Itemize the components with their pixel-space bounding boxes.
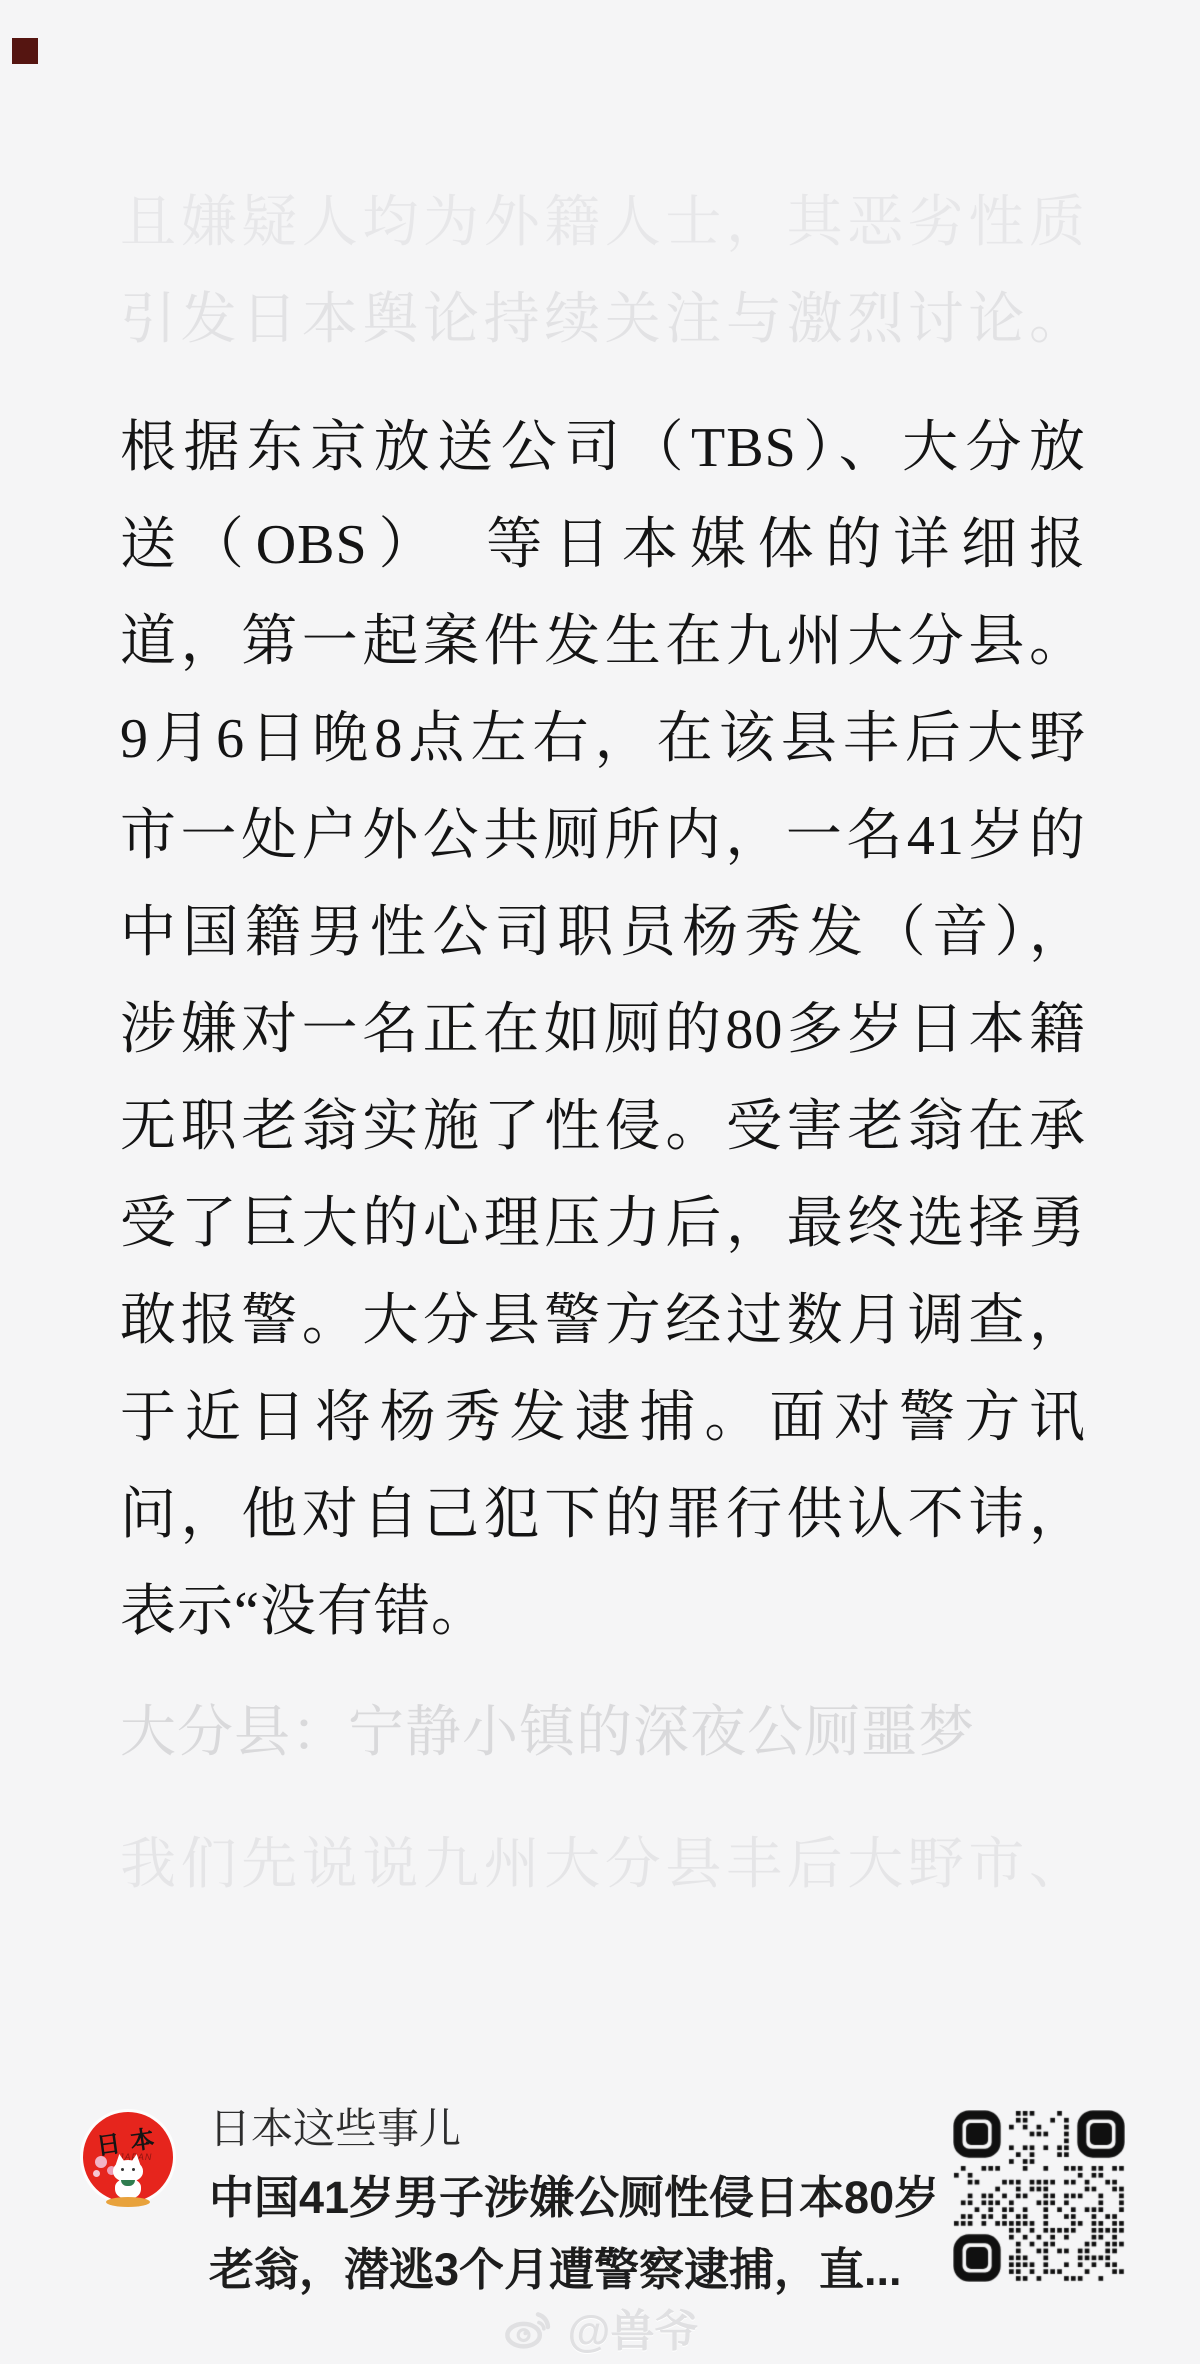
article-line: 涉嫌对一名正在如厕的80多岁日本籍 (120, 982, 1086, 1079)
article-line: 道，第一起案件发生在九州大分县。 (120, 594, 1086, 691)
avatar[interactable]: 日本 JAPAN (83, 2112, 173, 2202)
article-line: 于近日将杨秀发逮捕。面对警方讯 (120, 1370, 1086, 1467)
article-page: 且嫌疑人均为外籍人士，其恶劣性质 引发日本舆论持续关注与激烈讨论。 根据东京放送… (0, 0, 1200, 2364)
faded-intro-line: 引发日本舆论持续关注与激烈讨论。 (120, 272, 1086, 369)
weibo-icon (502, 2303, 556, 2351)
corner-mark (12, 38, 38, 64)
lucky-cat-icon (112, 2154, 146, 2206)
teaser-line: 中国41岁男子涉嫌公厕性侵日本80岁 (209, 2162, 953, 2234)
blossom-icon (95, 2156, 107, 2168)
article-line: 根据东京放送公司（TBS）、大分放 (120, 400, 1086, 497)
faded-next-line-text: 我们先说说九州大分县丰后大野市、 (120, 1817, 1086, 1914)
watermark-text: @兽爷 (568, 2295, 699, 2359)
account-name[interactable]: 日本这些事儿 (209, 2098, 461, 2160)
faded-section-heading: 大分县：宁静小镇的深夜公厕噩梦 (120, 1685, 1086, 1782)
faded-intro-line: 且嫌疑人均为外籍人士，其恶劣性质 (120, 175, 1086, 272)
article-teaser: 中国41岁男子涉嫌公厕性侵日本80岁 老翁，潜逃3个月遭警察逮捕，直... (209, 2162, 953, 2306)
article-line: 表示“没有错。 (120, 1564, 1086, 1661)
faded-next-paragraph: 我们先说说九州大分县丰后大野市、 (120, 1817, 1086, 1914)
article-line: 中国籍男性公司职员杨秀发（音）， (120, 885, 1086, 982)
faded-intro-paragraph: 且嫌疑人均为外籍人士，其恶劣性质 引发日本舆论持续关注与激烈讨论。 (120, 175, 1086, 369)
source-footer: 日本 JAPAN 日本这些事儿 中国41岁男子涉嫌公厕性侵日本80岁 老翁，潜逃… (0, 2090, 1200, 2320)
article-line: 送（OBS） 等日本媒体的详细报 (120, 497, 1086, 594)
article-line: 受了巨大的心理压力后，最终选择勇 (120, 1176, 1086, 1273)
faded-heading-text: 大分县：宁静小镇的深夜公厕噩梦 (120, 1685, 1086, 1782)
qr-code[interactable] (953, 2110, 1125, 2282)
article-line: 9月6日晚8点左右，在该县丰后大野 (120, 691, 1086, 788)
watermark: @兽爷 (0, 2298, 1200, 2356)
article-line: 市一处户外公共厕所内，一名41岁的 (120, 788, 1086, 885)
article-paragraph: 根据东京放送公司（TBS）、大分放 送（OBS） 等日本媒体的详细报 道，第一起… (120, 400, 1086, 1661)
article-line: 问，他对自己犯下的罪行供认不讳， (120, 1467, 1086, 1564)
blossom-icon (93, 2170, 100, 2177)
article-line: 敢报警。大分县警方经过数月调查， (120, 1273, 1086, 1370)
article-line: 无职老翁实施了性侵。受害老翁在承 (120, 1079, 1086, 1176)
